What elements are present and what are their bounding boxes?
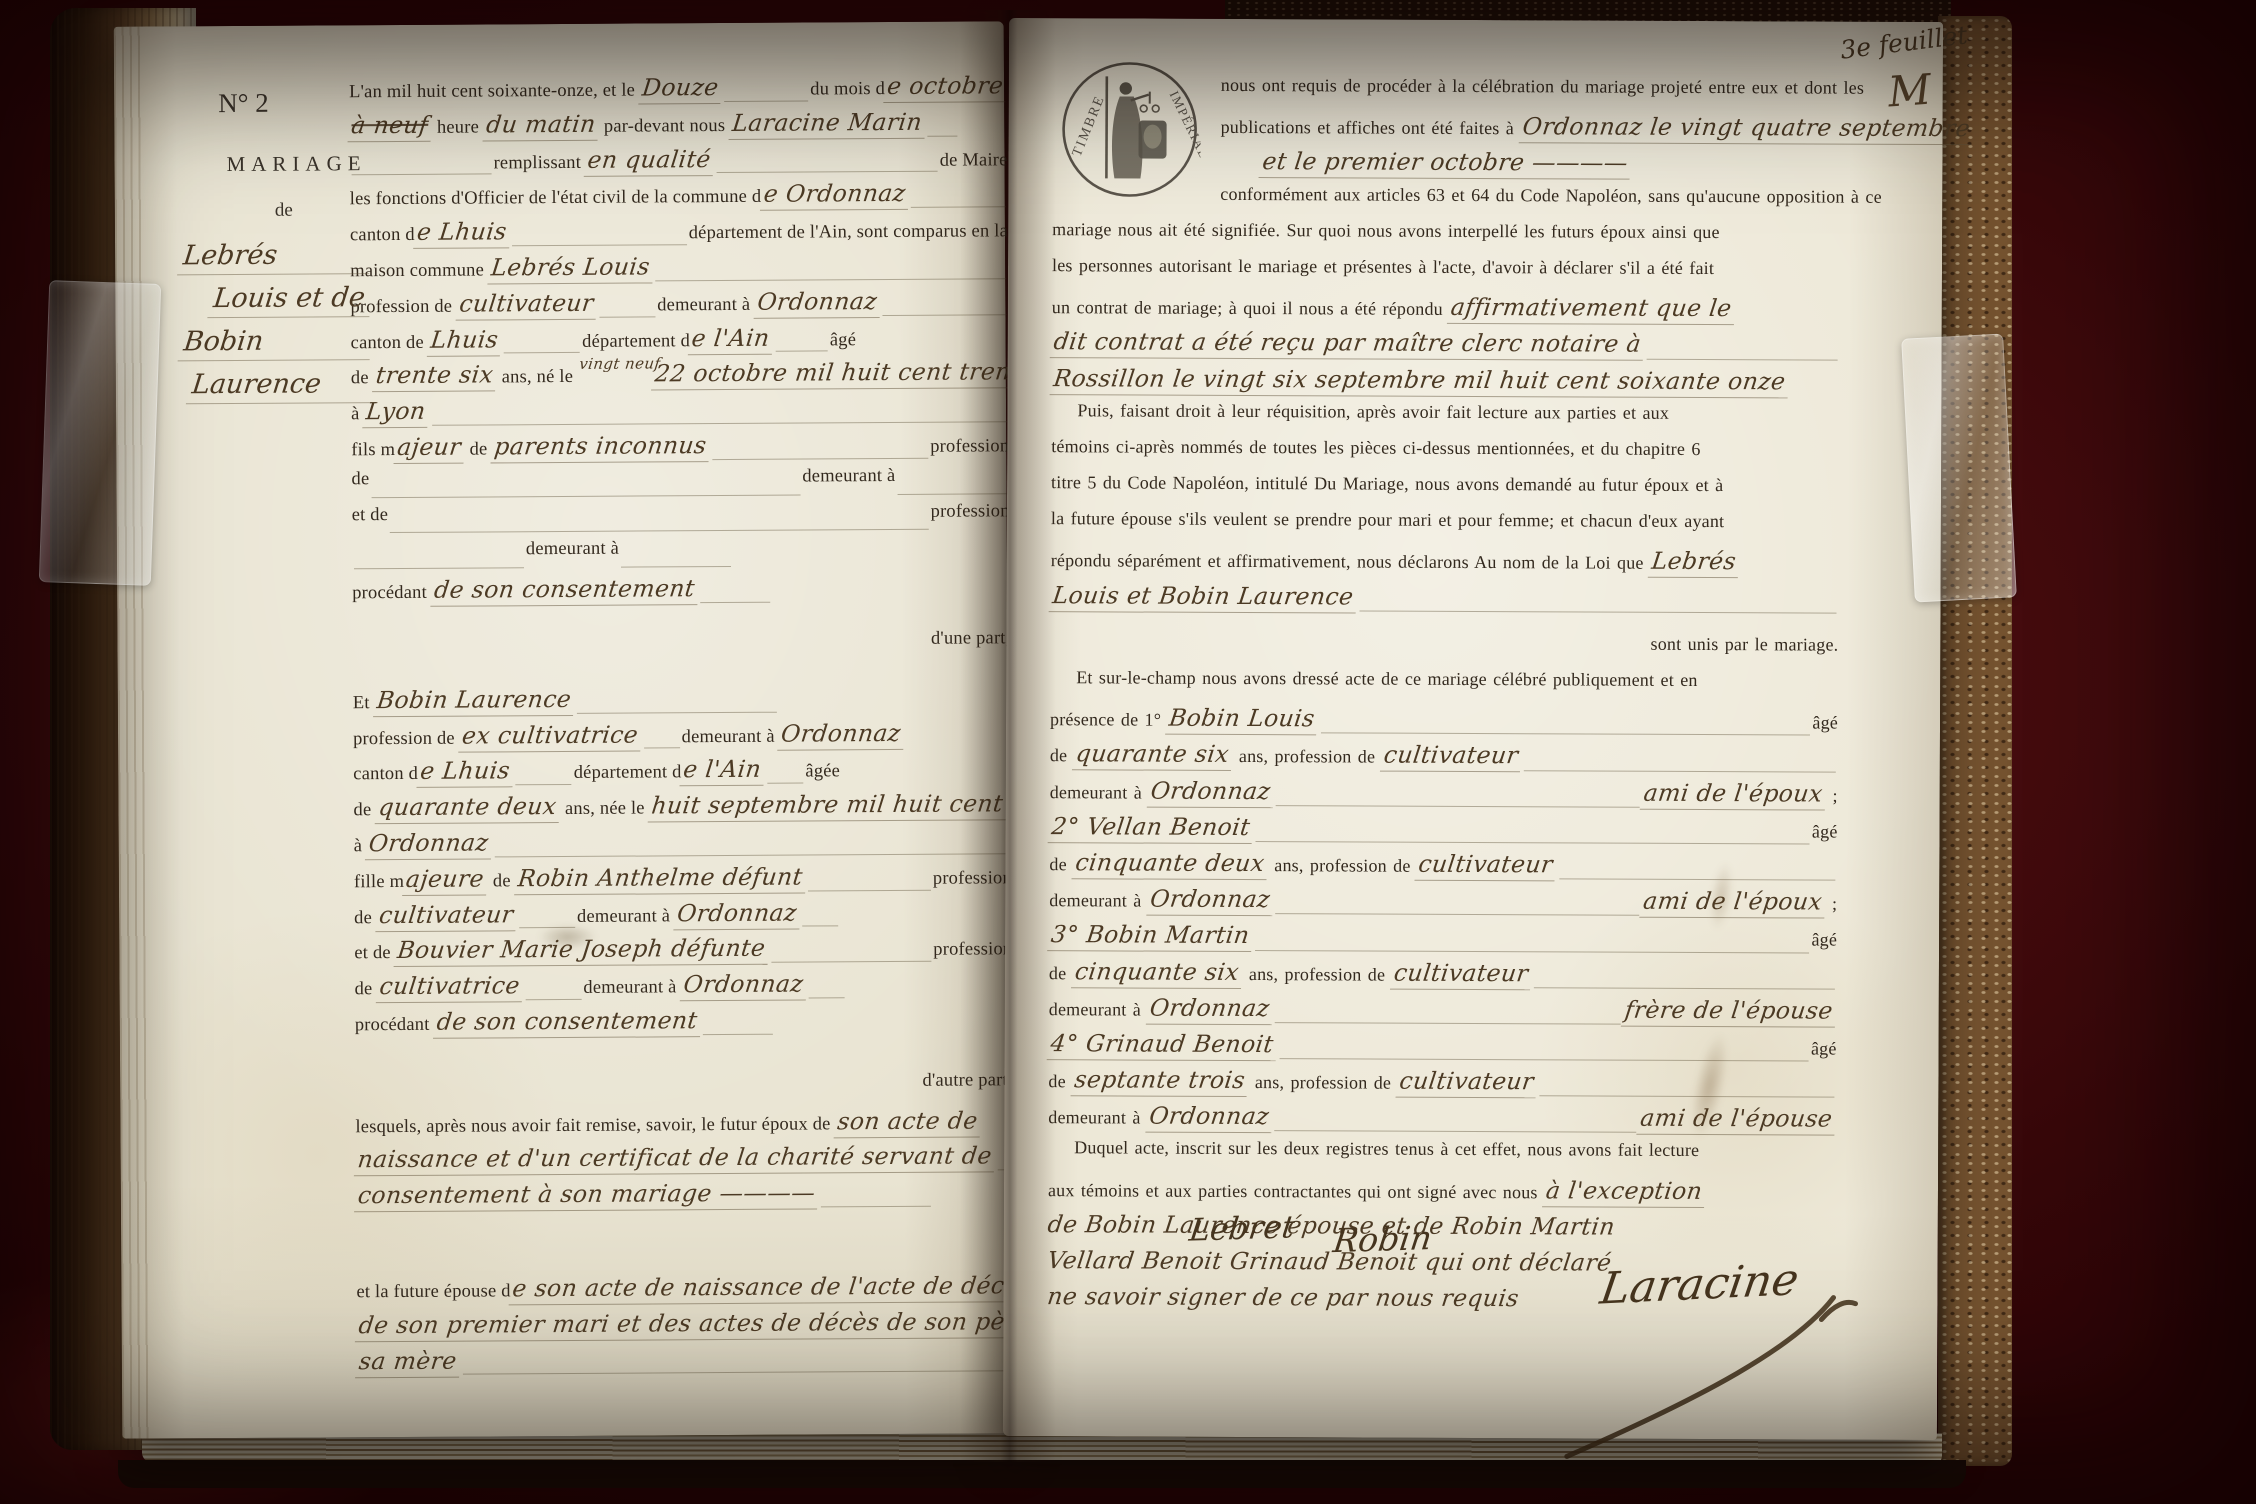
- printed-text: du mois d: [810, 79, 885, 100]
- printed-text: profession: [931, 501, 1010, 522]
- handwritten-text: de son consentement: [433, 1006, 703, 1039]
- ruled-blank-line: [767, 783, 803, 784]
- printed-text: demeurant à: [682, 726, 780, 748]
- text-line: canton de Lhuisdépartement de l'Ainâgée: [353, 754, 1011, 794]
- ruled-blank-line: [390, 529, 928, 533]
- printed-text: et la future épouse d: [356, 1281, 510, 1303]
- text-line: sont unis par le mariage.: [1050, 631, 1838, 671]
- margin-name: Laurence: [186, 368, 382, 404]
- handwritten-text: Rossillon le vingt six septembre mil hui…: [1050, 364, 1792, 398]
- ruled-blank-line: [1559, 879, 1835, 881]
- ruled-blank-line: [803, 926, 839, 927]
- ruled-blank-line: [519, 927, 575, 928]
- handwritten-text: Ordonnaz: [1145, 1102, 1275, 1134]
- text-line: demeurant à: [352, 537, 1010, 577]
- ruled-blank-line: [1534, 987, 1835, 989]
- printed-text: demeurant à: [657, 295, 755, 317]
- printed-text: de: [353, 800, 376, 821]
- printed-text: fille m: [354, 872, 404, 893]
- printed-text: profession: [930, 436, 1009, 457]
- handwritten-text: dit contrat a été reçu par maître clerc …: [1050, 327, 1647, 361]
- printed-text: profession de: [353, 728, 460, 750]
- text-line: Louis et Bobin Laurence: [1050, 581, 1838, 621]
- page-holder-strip-left: [39, 280, 161, 586]
- text-line: remplissant en qualitéde Maire: [349, 143, 1007, 183]
- handwritten-text: Vellard Benoit Grinaud Benoit qui ont dé…: [1046, 1246, 1613, 1276]
- printed-text: âgée: [805, 762, 840, 783]
- printed-text: aux témoins et aux parties contractantes…: [1048, 1180, 1544, 1203]
- printed-text: demeurant à: [1048, 1107, 1147, 1128]
- ruled-blank-line: [724, 100, 808, 102]
- text-line: canton de Lhuisdépartement de l'Ainâgé: [351, 322, 1009, 362]
- text-line: dit contrat a été reçu par maître clerc …: [1052, 327, 1840, 367]
- timbre-imperial-stamp-icon: TIMBRE IMPÉRIAL: [1058, 58, 1201, 201]
- ruled-blank-line: [1255, 950, 1809, 953]
- text-line: les personnes autorisant le mariage et p…: [1052, 255, 1840, 295]
- handwritten-text: Douze: [638, 73, 724, 105]
- handwritten-text: de son premier mari et des actes de décè…: [355, 1306, 1106, 1342]
- text-line: L'an mil huit cent soixante-onze, et le …: [349, 71, 1007, 111]
- text-line: procédant de son consentement: [355, 1004, 1013, 1044]
- margin-column: N° 2 MARIAGE de LebrésLouis et deBobinLa…: [178, 87, 378, 88]
- ruled-blank-line: [354, 567, 524, 569]
- handwritten-text: Bouvier Marie Joseph défunte: [394, 934, 771, 967]
- text-line: sa mère: [357, 1343, 1015, 1383]
- printed-text: de: [1049, 854, 1073, 875]
- signature-groom: Lebret: [1187, 1209, 1297, 1248]
- ruled-blank-line: [599, 316, 655, 317]
- text-line: 3° Bobin Martinâgé: [1049, 920, 1837, 960]
- text-line: Puis, faisant droit à leur réquisition, …: [1051, 400, 1839, 440]
- printed-text: titre 5 du Code Napoléon, intitulé Du Ma…: [1051, 472, 1723, 496]
- printed-text: canton d: [353, 764, 418, 785]
- handwritten-text: Ordonnaz: [753, 287, 882, 319]
- text-line: à Ordonnaz: [354, 825, 1012, 865]
- handwritten-text: septante trois: [1070, 1065, 1250, 1097]
- handwritten-text: cinquante six: [1071, 957, 1245, 989]
- ruled-blank-line: [1275, 913, 1639, 916]
- ruled-blank-line: [911, 206, 1006, 208]
- printed-text: procédant: [355, 1015, 435, 1036]
- handwritten-text: affirmativement que le: [1447, 293, 1738, 325]
- text-line: dedemeurant à: [351, 465, 1009, 505]
- handwritten-text: son acte de: [834, 1106, 984, 1138]
- text-line: demeurant à Ordonnazfrère de l'épouse: [1049, 993, 1837, 1033]
- handwritten-text: Ordonnaz: [365, 828, 494, 860]
- printed-text: de: [1049, 963, 1073, 984]
- printed-text: heure: [432, 117, 484, 138]
- printed-text: de: [465, 439, 493, 460]
- printed-text: ans, profession de: [1243, 963, 1392, 985]
- text-line: demeurant à Ordonnazami de l'époux ;: [1050, 776, 1838, 816]
- printed-text: département d: [582, 331, 690, 353]
- text-line: canton de Lhuisdépartement de l'Ain, son…: [350, 214, 1008, 254]
- text-line: de trente six ans, né le vingt neuf22 oc…: [351, 358, 1009, 398]
- handwritten-text: e octobre: [883, 71, 1009, 103]
- handwritten-text: Laracine Marin: [728, 108, 927, 140]
- printed-text: âgé: [1811, 930, 1837, 951]
- handwritten-text: parents inconnus: [490, 431, 712, 463]
- ruled-blank-line: [1524, 770, 1836, 772]
- handwritten-text: consentement à son mariage ————: [354, 1179, 821, 1213]
- book-bottom-cover: [118, 1460, 1966, 1488]
- ruled-blank-line: [1321, 733, 1810, 736]
- handwritten-text: e Ordonnaz: [759, 179, 910, 211]
- printed-text: conformément aux articles 63 et 64 du Co…: [1220, 183, 1882, 207]
- text-line: 2° Vellan Benoitâgé: [1049, 812, 1837, 852]
- handwritten-text: cultivateur: [1395, 1067, 1539, 1099]
- handwritten-text: Ordonnaz: [1145, 993, 1275, 1025]
- ruled-blank-line: [495, 853, 1010, 857]
- text-line: 4° Grinaud Benoitâgé: [1049, 1029, 1837, 1069]
- printed-text: présence de 1°: [1050, 709, 1168, 731]
- document-photo: N° 2 MARIAGE de LebrésLouis et deBobinLa…: [0, 0, 2256, 1504]
- handwritten-text: Lhuis: [427, 325, 504, 356]
- text-line: répondu séparément et affirmativement, n…: [1051, 545, 1839, 585]
- ruled-blank-line: [808, 889, 931, 891]
- handwritten-text: cultivateur: [1390, 958, 1534, 990]
- handwritten-text: 2° Vellan Benoit: [1048, 812, 1256, 844]
- handwritten-text: ajeur: [393, 433, 466, 464]
- ruled-blank-line: [1275, 1022, 1621, 1025]
- handwritten-text: Ordonnaz: [1146, 776, 1276, 808]
- stamp-word-right: IMPÉRIAL: [1167, 89, 1201, 162]
- margin-de-label: de: [275, 200, 293, 222]
- handwritten-text: Ordonnaz: [1146, 885, 1276, 917]
- printed-text: remplissant: [493, 152, 585, 174]
- printed-text: demeurant à: [802, 466, 895, 488]
- handwritten-text: naissance et d'un certificat de la chari…: [354, 1142, 998, 1177]
- text-line: lesquels, après nous avoir fait remise, …: [355, 1106, 1013, 1146]
- handwritten-text: ami de l'époux: [1639, 887, 1828, 919]
- signature-witness: Robin: [1331, 1218, 1434, 1260]
- text-line: titre 5 du Code Napoléon, intitulé Du Ma…: [1051, 472, 1839, 512]
- handwritten-text: Bobin Louis: [1166, 704, 1321, 736]
- printed-text: demeurant à: [583, 977, 681, 999]
- text-line: Et Bobin Laurence: [353, 682, 1011, 722]
- handwritten-text: cinquante deux: [1071, 848, 1270, 880]
- act-type-label: MARIAGE: [226, 151, 366, 177]
- handwritten-text: quarante six: [1072, 740, 1235, 772]
- margin-name: Louis et de: [207, 282, 373, 318]
- handwritten-text: e Lhuis: [413, 217, 512, 249]
- act-number: N° 2: [218, 88, 269, 119]
- handwritten-text: 4° Grinaud Benoit: [1047, 1029, 1280, 1061]
- handwritten-text: et le premier octobre ————: [1258, 147, 1633, 180]
- printed-text: ans, née le: [560, 799, 650, 821]
- page-holder-strip-right: [1901, 334, 2017, 603]
- handwritten-text: Ordonnaz le vingt quatre septembre: [1518, 112, 1975, 145]
- signature-flourish: [1533, 1288, 1864, 1464]
- handwritten-text: cultivateur: [375, 900, 519, 932]
- text-line: d'une part,: [352, 628, 1010, 668]
- text-line: à neuf heure du matin par-devant nous La…: [349, 107, 1007, 147]
- handwritten-text: Louis et Bobin Laurence: [1049, 581, 1360, 613]
- printed-text: un contrat de mariage; à quoi il nous a …: [1052, 297, 1449, 320]
- right-page-text: nous ont requis de procéder à la célébra…: [1047, 74, 1840, 1322]
- text-line: fils majeur de parents inconnusprofessio…: [351, 429, 1009, 469]
- printed-text: publications et affiches ont été faites …: [1221, 117, 1521, 139]
- text-line: de cinquante deux ans, profession de cul…: [1049, 848, 1837, 888]
- handwritten-text: ami de l'époux: [1639, 778, 1828, 810]
- handwritten-text: sa mère: [355, 1346, 462, 1378]
- printed-text: la future épouse s'ils veulent se prendr…: [1051, 508, 1724, 532]
- text-line: de cultivatricedemeurant à Ordonnaz: [354, 968, 1012, 1008]
- ruled-blank-line: [463, 1371, 1013, 1375]
- handwritten-text: trente six: [372, 361, 499, 393]
- handwritten-text: du matin: [482, 110, 601, 142]
- text-line: de septante trois ans, profession de cul…: [1048, 1065, 1836, 1105]
- printed-text: de: [354, 908, 377, 929]
- handwritten-text: ex cultivatrice: [458, 720, 644, 752]
- printed-text: ans, profession de: [1233, 746, 1382, 768]
- text-line: un contrat de mariage; à quoi il nous a …: [1052, 291, 1840, 331]
- printed-text: demeurant à: [577, 906, 675, 928]
- text-line: mariage nous ait été signifiée. Sur quoi…: [1052, 219, 1840, 259]
- text-line: naissance et d'un certificat de la chari…: [356, 1142, 1014, 1182]
- printed-text: âgé: [1812, 713, 1838, 734]
- printed-text: département d: [574, 763, 682, 785]
- ruled-blank-line: [717, 171, 938, 173]
- handwritten-text: Lebrés Louis: [487, 252, 655, 284]
- handwritten-text: ajeure: [402, 864, 490, 896]
- ruled-blank-line: [577, 711, 777, 713]
- printed-text: procédant: [352, 583, 432, 604]
- ruled-blank-line: [432, 421, 1007, 426]
- stamp-word-left: TIMBRE: [1070, 93, 1108, 159]
- printed-text: âgé: [1811, 1038, 1837, 1059]
- handwritten-text: en qualité: [584, 145, 717, 177]
- text-line: Et sur-le-champ nous avons dressé acte d…: [1050, 667, 1838, 707]
- handwritten-text: cultivatrice: [375, 971, 525, 1003]
- handwritten-text: quarante deux: [374, 792, 562, 824]
- printed-text: de: [1048, 1071, 1072, 1092]
- ruled-blank-line: [1540, 1096, 1835, 1098]
- printed-text: profession: [933, 940, 1012, 961]
- text-line: la future épouse s'ils veulent se prendr…: [1051, 508, 1839, 548]
- printed-text: département de l'Ain, sont comparus en l…: [689, 221, 1008, 244]
- printed-text: de: [351, 469, 369, 490]
- text-line: de quarante six ans, profession de culti…: [1050, 740, 1838, 780]
- text-line: les fonctions d'Officier de l'état civil…: [350, 179, 1008, 219]
- text-line: demeurant à Ordonnazami de l'époux ;: [1049, 884, 1837, 924]
- printed-text: Et sur-le-champ nous avons dressé acte d…: [1076, 667, 1697, 691]
- text-line: aux témoins et aux parties contractantes…: [1048, 1174, 1836, 1214]
- handwritten-text: de Bobin Laurence épouse et de Robin Mar…: [1046, 1210, 1617, 1240]
- handwritten-text: ne savoir signer de ce par nous requis: [1046, 1282, 1521, 1312]
- text-line: témoins ci-après nommés de toutes les pi…: [1051, 436, 1839, 476]
- printed-text: répondu séparément et affirmativement, n…: [1051, 551, 1650, 575]
- handwritten-text: Ordonnaz: [680, 970, 809, 1002]
- text-line: de quarante deux ans, née le huit septem…: [353, 789, 1011, 829]
- printed-text: fils m: [351, 440, 395, 461]
- printed-text: demeurant à: [1049, 999, 1148, 1020]
- handwritten-text: e Lhuis: [416, 757, 515, 789]
- text-line: procédant de son consentement: [352, 572, 1010, 612]
- printed-text: ans, né le: [497, 367, 578, 388]
- handwritten-text: Lebrés: [1648, 547, 1742, 578]
- text-line: profession de cultivateurdemeurant à Ord…: [350, 286, 1008, 326]
- text-line: et la future épouse de son acte de naiss…: [356, 1271, 1014, 1311]
- printed-text: sont unis par le mariage.: [1650, 634, 1838, 656]
- printed-text: ans, profession de: [1268, 855, 1417, 877]
- handwritten-text: cultivateur: [1380, 741, 1524, 773]
- left-page-text: L'an mil huit cent soixante-onze, et le …: [349, 71, 1015, 1382]
- margin-name: Bobin: [178, 325, 374, 361]
- ruled-blank-line: [352, 174, 492, 176]
- ruled-blank-line: [1647, 358, 1838, 360]
- text-line: et de Bouvier Marie Joseph défunteprofes…: [354, 933, 1012, 973]
- text-line: à Lyon: [351, 393, 1009, 433]
- ruled-blank-line: [821, 1206, 931, 1208]
- handwritten-text: à neuf: [348, 111, 434, 143]
- printed-text: ;: [1826, 894, 1838, 915]
- text-line: Rossillon le vingt six septembre mil hui…: [1051, 364, 1839, 404]
- printed-text: de: [355, 979, 378, 1000]
- text-line: maison commune Lebrés Louis: [350, 250, 1008, 290]
- printed-text: d'une part,: [931, 628, 1011, 649]
- handwritten-text: Ordonnaz: [778, 718, 907, 750]
- text-line: de cinquante six ans, profession de cult…: [1049, 957, 1837, 997]
- printed-text: témoins ci-après nommés de toutes les pi…: [1051, 436, 1700, 460]
- text-line: Duquel acte, inscrit sur les deux regist…: [1048, 1138, 1836, 1178]
- ruled-blank-line: [776, 351, 828, 352]
- text-line: de cultivateurdemeurant à Ordonnaz: [354, 897, 1012, 937]
- handwritten-text: à l'exception: [1542, 1176, 1708, 1208]
- text-line: de Bobin Laurence épouse et de Robin Mar…: [1048, 1210, 1836, 1250]
- printed-text: âgé: [830, 330, 856, 351]
- ruled-blank-line: [644, 748, 680, 749]
- ruled-blank-line: [525, 999, 581, 1000]
- printed-text: demeurant à: [1049, 890, 1148, 911]
- printed-text: profession: [933, 868, 1012, 889]
- handwritten-text: Bobin Laurence: [373, 685, 577, 717]
- handwritten-text: e l'Ain: [680, 755, 767, 787]
- printed-text: de: [1050, 746, 1074, 767]
- handwritten-text: e l'Ain: [688, 323, 775, 355]
- text-line: demeurant à Ordonnazami de l'épouse: [1048, 1101, 1836, 1141]
- text-line: de son premier mari et des actes de décè…: [357, 1307, 1015, 1347]
- text-line: présence de 1° Bobin Louisâgé: [1050, 703, 1838, 743]
- ruled-blank-line: [1276, 805, 1640, 808]
- ruled-blank-line: [621, 566, 731, 568]
- ruled-blank-line: [700, 602, 770, 603]
- text-line: consentement à son mariage ————: [356, 1177, 1014, 1217]
- handwritten-text: e son acte de naissance de l'acte de déc…: [509, 1271, 1037, 1305]
- corner-paraph: M: [1886, 65, 1932, 117]
- printed-text: Duquel acte, inscrit sur les deux regist…: [1074, 1138, 1699, 1162]
- printed-text: demeurant à: [1050, 782, 1149, 803]
- printed-text: demeurant à: [526, 539, 619, 561]
- text-line: et deprofession: [352, 501, 1010, 541]
- printed-text: Et: [353, 693, 375, 714]
- book-marbled-edge: [1938, 16, 2012, 1466]
- printed-text: les personnes autorisant le mariage et p…: [1052, 255, 1714, 279]
- ruled-blank-line: [504, 352, 580, 353]
- ruled-blank-line: [809, 997, 845, 998]
- ruled-blank-line: [1279, 1058, 1809, 1061]
- handwritten-text: Ordonnaz: [673, 898, 802, 930]
- printed-text: ;: [1826, 785, 1838, 806]
- text-line: fille majeure de Robin Anthelme défuntpr…: [354, 861, 1012, 901]
- handwritten-text: de son consentement: [430, 574, 700, 607]
- ruled-blank-line: [655, 278, 1006, 281]
- text-line: profession de ex cultivatricedemeurant à…: [353, 718, 1011, 758]
- ruled-blank-line: [883, 314, 1007, 316]
- printed-text: nous ont requis de procéder à la célébra…: [1221, 75, 1864, 99]
- ruled-blank-line: [371, 494, 800, 498]
- printed-text: ans, profession de: [1249, 1072, 1398, 1094]
- printed-text: et de: [352, 505, 389, 526]
- printed-text: les fonctions d'Officier de l'état civil…: [350, 187, 762, 211]
- printed-text: âgé: [1812, 821, 1838, 842]
- ruled-blank-line: [703, 1033, 773, 1034]
- printed-text: par-devant nous: [599, 116, 730, 138]
- ruled-blank-line: [712, 458, 928, 460]
- printed-text: de Maire: [940, 150, 1008, 171]
- ruled-blank-line: [771, 961, 931, 963]
- printed-text: d'autre part;: [922, 1070, 1013, 1092]
- printed-text: L'an mil huit cent soixante-onze, et le: [349, 81, 640, 104]
- handwritten-text: Robin Anthelme défunt: [514, 862, 808, 895]
- printed-text: et de: [354, 943, 395, 964]
- printed-text: mariage nous ait été signifiée. Sur quoi…: [1052, 219, 1720, 243]
- printed-text: Puis, faisant droit à leur réquisition, …: [1077, 400, 1669, 424]
- handwritten-text: 3° Bobin Martin: [1047, 920, 1255, 952]
- handwritten-text: frère de l'épouse: [1621, 995, 1839, 1027]
- margin-name: Lebrés: [177, 239, 373, 275]
- ruled-blank-line: [1256, 841, 1810, 844]
- text-line: d'autre part;: [355, 1070, 1013, 1110]
- ruled-blank-line: [512, 244, 686, 246]
- register-right-page: TIMBRE IMPÉRIAL nous ont requis de procé…: [1003, 18, 1943, 1440]
- printed-text: de: [488, 871, 516, 892]
- handwritten-text: cultivateur: [455, 289, 599, 321]
- ruled-blank-line: [1359, 610, 1836, 613]
- handwritten-text: cultivateur: [1415, 850, 1559, 882]
- handwritten-text: vingt neuf: [578, 355, 661, 374]
- ruled-blank-line: [516, 784, 572, 785]
- ruled-blank-line: [898, 493, 1008, 495]
- ruled-blank-line: [1274, 1131, 1636, 1134]
- register-left-page: N° 2 MARIAGE de LebrésLouis et deBobinLa…: [114, 21, 1013, 1438]
- margin-names: LebrésLouis et deBobinLaurence: [179, 239, 380, 412]
- handwritten-text: ami de l'épouse: [1636, 1104, 1838, 1136]
- printed-text: lesquels, après nous avoir fait remise, …: [355, 1114, 835, 1138]
- ruled-blank-line: [928, 135, 958, 136]
